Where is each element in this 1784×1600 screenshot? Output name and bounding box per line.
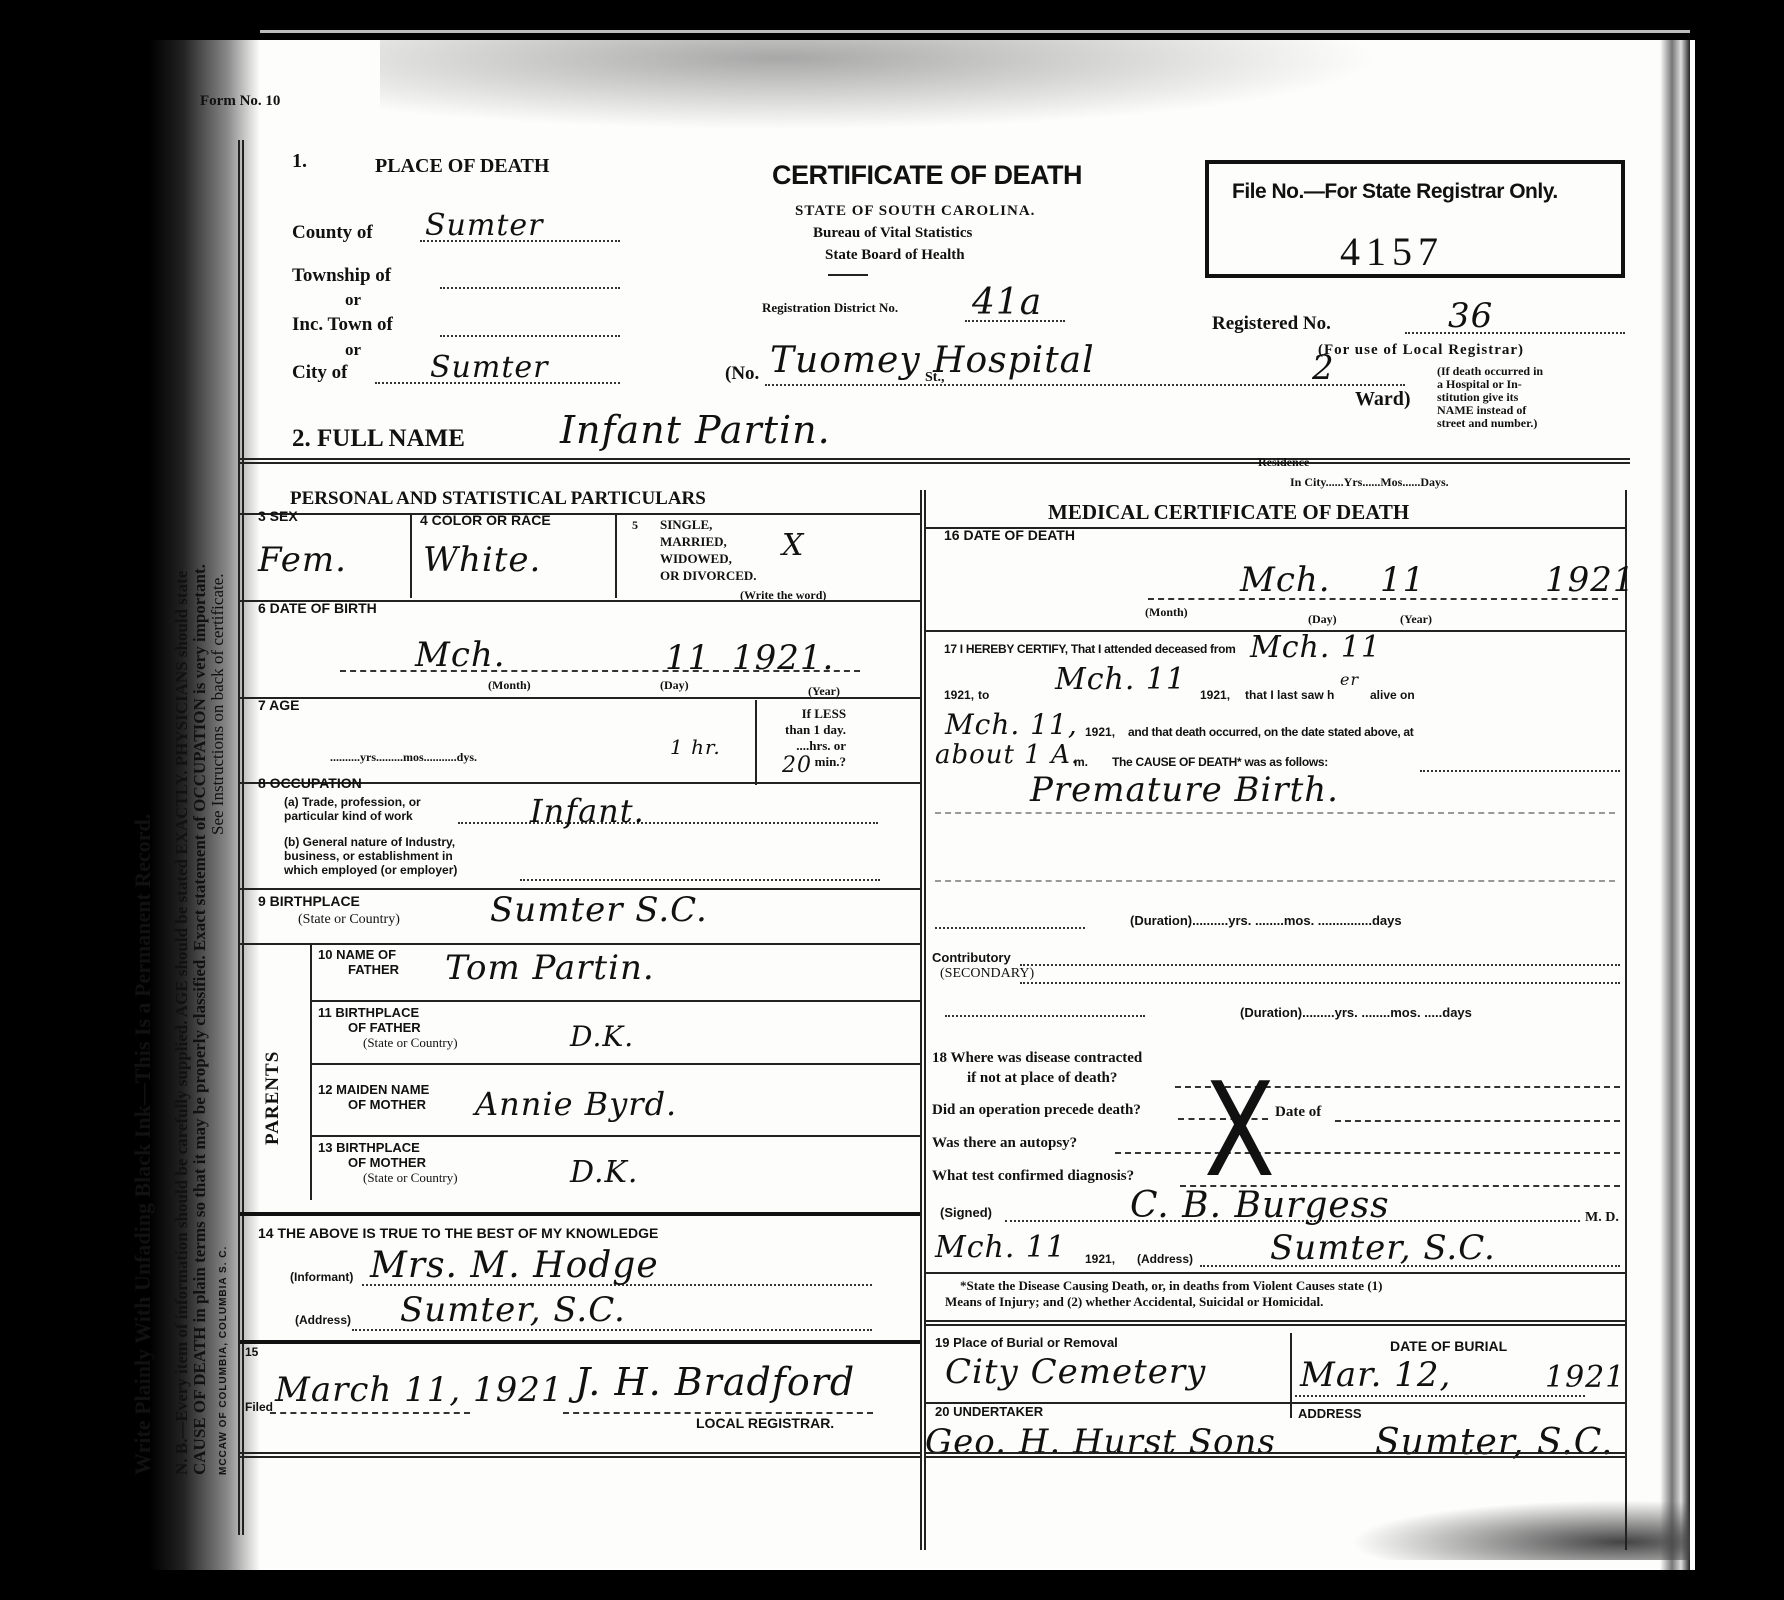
- dob-month-caption: (Month): [488, 678, 531, 693]
- marital-option: MARRIED,: [660, 533, 757, 550]
- inc-town-label: Inc. Town of: [292, 314, 393, 336]
- marital-number: 5: [632, 518, 638, 533]
- label-line: if not at place of death?: [932, 1068, 1142, 1088]
- age-note-line: If LESS: [785, 706, 846, 722]
- place-of-death-heading: PLACE OF DEATH: [375, 155, 549, 178]
- autopsy-field-line[interactable]: [1115, 1152, 1620, 1154]
- sex-label: 3 SEX: [258, 508, 298, 524]
- md-label: M. D.: [1585, 1210, 1619, 1226]
- occupation-b-line: which employed (or employer): [284, 863, 457, 877]
- row-rule-parents: [240, 943, 920, 945]
- scan-smudge: [380, 40, 1380, 130]
- place-of-death-number: 1.: [292, 150, 307, 173]
- street-label: St.,: [925, 370, 944, 386]
- dod-day-caption: (Day): [1308, 612, 1337, 627]
- side-note-line-2: CAUSE OF DEATH in plain terms so that it…: [191, 564, 209, 1475]
- father-birthplace-label: 11 BIRTHPLACE OF FATHER (State or Countr…: [318, 1005, 458, 1050]
- left-border: [238, 140, 244, 1535]
- marital-value[interactable]: X: [782, 528, 804, 563]
- date-of-death-label: 16 DATE OF DEATH: [944, 527, 1075, 543]
- cause-footnote: *State the Disease Causing Death, or, in…: [960, 1278, 1383, 1310]
- filed-number: 15: [245, 1345, 258, 1359]
- row-rule-mother-birthplace: [310, 1135, 920, 1137]
- duration-2-lead-line: [945, 1013, 1145, 1017]
- contributory-field-line-2[interactable]: [1020, 980, 1620, 984]
- certificate-title: CERTIFICATE OF DEATH: [772, 160, 1082, 191]
- occupation-a-label: (a) Trade, profession, or particular kin…: [284, 795, 421, 823]
- dob-year[interactable]: 1921.: [732, 638, 834, 678]
- father-name-label: 10 NAME OF FATHER: [318, 947, 399, 977]
- footnote-line: Means of Injury; and (2) whether Acciden…: [945, 1294, 1383, 1310]
- time-of-death-value[interactable]: about 1 A.: [935, 740, 1080, 770]
- city-value[interactable]: Sumter: [430, 350, 548, 385]
- birthplace-sub-label: (State or Country): [298, 912, 400, 928]
- county-label: County of: [292, 222, 373, 244]
- registration-district-label: Registration District No.: [762, 300, 898, 316]
- informant-heading: 14 THE ABOVE IS TRUE TO THE BEST OF MY K…: [258, 1225, 658, 1241]
- printer-imprint: McCaw of Columbia, Columbia S. C.: [218, 1246, 229, 1475]
- age-label: 7 AGE: [258, 697, 300, 713]
- age-note-line: ....hrs. or: [785, 738, 846, 754]
- signed-label: (Signed): [940, 1205, 992, 1220]
- scan-smudge-bottom: [1350, 1500, 1690, 1560]
- bottom-rule-right: [925, 1452, 1625, 1458]
- informant-value[interactable]: Mrs. M. Hodge: [370, 1245, 659, 1286]
- certify-text: 17 I HEREBY CERTIFY, That I attended dec…: [944, 642, 1236, 656]
- birthplace-value[interactable]: Sumter S.C.: [490, 890, 708, 930]
- label-line: 11 BIRTHPLACE: [318, 1005, 458, 1020]
- occupation-b-field-line[interactable]: [520, 877, 880, 881]
- physician-signature[interactable]: C. B. Burgess: [1130, 1185, 1390, 1226]
- last-saw-value[interactable]: er: [1340, 670, 1359, 689]
- not-applicable-x-mark: X: [1204, 1065, 1275, 1195]
- mother-birthplace-value[interactable]: D.K.: [570, 1155, 638, 1190]
- filed-label: Filed: [245, 1400, 273, 1414]
- occupation-b-line: business, or establishment in: [284, 849, 457, 863]
- row-rule-informant: [240, 1212, 920, 1216]
- dod-month[interactable]: Mch.: [1240, 560, 1331, 600]
- last-alive-year: 1921,: [1085, 725, 1115, 739]
- signature-date[interactable]: Mch. 11: [935, 1230, 1066, 1265]
- race-label: 4 COLOR OR RACE: [420, 512, 551, 528]
- hospital-note: (If death occurred in a Hospital or In- …: [1437, 365, 1543, 430]
- test-label: What test confirmed diagnosis?: [932, 1168, 1134, 1185]
- attended-from-year: 1921,: [944, 688, 974, 702]
- sex-value[interactable]: Fem.: [258, 540, 347, 580]
- inc-town-field-line[interactable]: [440, 333, 620, 337]
- ward-label: Ward): [1355, 388, 1411, 411]
- registered-field-line: [1405, 330, 1625, 334]
- personal-heading-rule: [240, 513, 920, 515]
- occupation-b-label: (b) General nature of Industry, business…: [284, 835, 457, 877]
- last-alive-date[interactable]: Mch. 11,: [945, 708, 1078, 741]
- side-note-line-1: N. B.—Every item of information should b…: [173, 564, 191, 1475]
- residence-line: In City......Yrs......Mos......Days.: [1290, 475, 1449, 490]
- duration-1-lead-line: [935, 925, 1085, 929]
- medical-certificate-heading: MEDICAL CERTIFICATE OF DEATH: [1048, 500, 1409, 525]
- bureau-name: Bureau of Vital Statistics: [813, 225, 972, 242]
- alive-text: alive on: [1370, 688, 1415, 702]
- informant-address-label: (Address): [295, 1313, 351, 1327]
- label-line: 18 Where was disease contracted: [932, 1048, 1142, 1068]
- row-rule-mother-name: [310, 1063, 920, 1065]
- dob-day-caption: (Day): [660, 678, 689, 693]
- personal-particulars-heading: PERSONAL AND STATISTICAL PARTICULARS: [290, 488, 706, 510]
- label-line: (State or Country): [318, 1170, 458, 1185]
- father-birthplace-value[interactable]: D.K.: [570, 1020, 634, 1053]
- center-divider: [920, 490, 926, 1550]
- burial-date-label: DATE OF BURIAL: [1390, 1338, 1507, 1354]
- city-label: City of: [292, 362, 347, 384]
- operation-label: Did an operation precede death?: [932, 1102, 1141, 1119]
- autopsy-label: Was there an autopsy?: [932, 1135, 1077, 1152]
- q18-label: 18 Where was disease contracted if not a…: [932, 1048, 1142, 1088]
- race-value[interactable]: White.: [423, 540, 541, 580]
- physician-address-label: (Address): [1137, 1252, 1193, 1266]
- label-line: 12 MAIDEN NAME: [318, 1082, 429, 1097]
- side-note-write-plainly: Write Plainly With Unfading Black Ink—Th…: [130, 814, 156, 1475]
- title-rule: [828, 274, 868, 276]
- or-label-2: or: [345, 340, 361, 360]
- cause-field-line-3[interactable]: [935, 880, 1615, 882]
- burial-place-label: 19 Place of Burial or Removal: [935, 1335, 1118, 1350]
- filed-date-line: [270, 1412, 470, 1414]
- street-no-label: (No.: [725, 363, 759, 385]
- operation-date-field-line[interactable]: [1335, 1120, 1620, 1122]
- parents-divider: [310, 943, 312, 1200]
- dob-label: 6 DATE OF BIRTH: [258, 600, 377, 616]
- bottom-rule-left: [240, 1452, 920, 1458]
- dod-day[interactable]: 11: [1380, 560, 1425, 600]
- row-rule-age: [240, 697, 920, 699]
- parents-label: PARENTS: [262, 1051, 284, 1145]
- contributory-label: Contributory: [932, 950, 1011, 965]
- sex-race-divider: [410, 513, 412, 598]
- marital-option: OR DIVORCED.: [660, 567, 757, 584]
- duration-2: (Duration).........yrs. ........mos. ...…: [1240, 1005, 1472, 1020]
- county-value[interactable]: Sumter: [425, 208, 543, 243]
- occupation-b-line: (b) General nature of Industry,: [284, 835, 457, 849]
- marital-option: WIDOWED,: [660, 550, 757, 567]
- registrar-signature-line: [563, 1412, 873, 1414]
- township-label: Township of: [292, 265, 391, 287]
- marital-option: SINGLE,: [660, 516, 757, 533]
- dob-day[interactable]: 11: [665, 638, 710, 678]
- signature-year: 1921,: [1085, 1252, 1115, 1266]
- local-registrar-note: (For use of Local Registrar): [1318, 342, 1524, 359]
- registered-no-label: Registered No.: [1212, 313, 1331, 335]
- label-line: FATHER: [318, 962, 399, 977]
- dod-year-caption: (Year): [1400, 612, 1432, 627]
- row-rule-father-birthplace: [310, 1000, 920, 1002]
- attended-to-value[interactable]: Mch. 11: [1055, 662, 1186, 697]
- burial-divider: [1290, 1333, 1292, 1418]
- dob-month[interactable]: Mch.: [415, 635, 506, 675]
- registrar-label: LOCAL REGISTRAR.: [696, 1415, 834, 1431]
- m-text: m.: [1074, 755, 1088, 769]
- burial-date-value[interactable]: Mar. 12,: [1300, 1355, 1451, 1395]
- file-number-label: File No.—For State Registrar Only.: [1232, 180, 1558, 204]
- file-number-value: 4157: [1340, 228, 1444, 275]
- mother-birthplace-label: 13 BIRTHPLACE OF MOTHER (State or Countr…: [318, 1140, 458, 1185]
- institution-field-line: [765, 382, 1405, 386]
- form-number: Form No. 10: [200, 93, 280, 110]
- physician-address-value[interactable]: Sumter, S.C.: [1270, 1228, 1496, 1268]
- age-less-divider: [755, 700, 757, 785]
- dod-year[interactable]: 1921: [1545, 560, 1636, 600]
- attended-from-value[interactable]: Mch. 11: [1250, 630, 1381, 665]
- label-line: OF MOTHER: [318, 1097, 429, 1112]
- residence-label: Residence: [1258, 455, 1309, 470]
- burial-date-year[interactable]: 1921: [1545, 1360, 1625, 1395]
- occupation-a-line: particular kind of work: [284, 809, 421, 823]
- divider-top: [240, 458, 1630, 464]
- age-hours-value[interactable]: 1 hr.: [670, 735, 721, 759]
- last-saw-text: that I last saw h: [1245, 688, 1334, 702]
- label-line: (State or Country): [318, 1035, 458, 1050]
- informant-label: (Informant): [290, 1270, 353, 1284]
- occupation-value[interactable]: Infant.: [530, 792, 645, 830]
- birthplace-label: 9 BIRTHPLACE: [258, 893, 360, 909]
- label-line: 13 BIRTHPLACE: [318, 1140, 458, 1155]
- mother-name-value[interactable]: Annie Byrd.: [475, 1085, 677, 1123]
- undertaker-label: 20 UNDERTAKER: [935, 1404, 1043, 1419]
- attended-to-year: 1921,: [1200, 688, 1230, 702]
- burial-place-value[interactable]: City Cemetery: [945, 1352, 1206, 1392]
- label-line: 10 NAME OF: [318, 947, 399, 962]
- row-rule-filed: [240, 1340, 920, 1344]
- informant-address-value[interactable]: Sumter, S.C.: [400, 1290, 626, 1330]
- marital-options: SINGLE, MARRIED, WIDOWED, OR DIVORCED.: [660, 516, 757, 584]
- dod-month-caption: (Month): [1145, 605, 1188, 620]
- registered-no-value[interactable]: 36: [1448, 296, 1493, 336]
- state-name: STATE OF SOUTH CAROLINA.: [795, 203, 1035, 220]
- occurred-text: and that death occurred, on the date sta…: [1128, 725, 1414, 739]
- or-label-1: or: [345, 290, 361, 310]
- occupation-label: 8 OCCUPATION: [258, 775, 362, 791]
- label-line: OF FATHER: [318, 1020, 458, 1035]
- race-marital-divider: [615, 513, 617, 598]
- full-name-value[interactable]: Infant Partin.: [560, 408, 831, 452]
- filed-date-value[interactable]: March 11, 1921: [275, 1370, 564, 1410]
- township-field-line[interactable]: [440, 285, 620, 289]
- board-name: State Board of Health: [825, 247, 965, 264]
- burial-rule: [925, 1320, 1625, 1326]
- footnote-line: *State the Disease Causing Death, or, in…: [960, 1278, 1383, 1294]
- contributory-field-line[interactable]: [1020, 962, 1620, 966]
- age-min-value[interactable]: 20: [782, 753, 812, 778]
- registration-district-value[interactable]: 41a: [972, 282, 1042, 323]
- father-name-value[interactable]: Tom Partin.: [445, 948, 655, 988]
- duration-1: (Duration)..........yrs. ........mos. ..…: [1130, 913, 1402, 928]
- label-line: OF MOTHER: [318, 1155, 458, 1170]
- age-line: ..........yrs.........mos...........dys.: [330, 750, 477, 765]
- hospital-note-line: street and number.): [1437, 417, 1543, 430]
- cause-of-death-label: The CAUSE OF DEATH* was as follows:: [1112, 755, 1328, 769]
- full-name-label: 2. FULL NAME: [292, 425, 465, 453]
- mother-name-label: 12 MAIDEN NAME OF MOTHER: [318, 1082, 429, 1112]
- registrar-signature[interactable]: J. H. Bradford: [575, 1360, 855, 1404]
- cause-of-death-value[interactable]: Premature Birth.: [1030, 770, 1339, 810]
- footnote-rule: [925, 1272, 1625, 1274]
- page-edge-right: [1660, 40, 1690, 1570]
- occupation-a-field-line: [458, 820, 878, 824]
- undertaker-address-label: ADDRESS: [1298, 1406, 1362, 1421]
- cause-field-line: [1420, 768, 1620, 772]
- cause-field-line-2[interactable]: [935, 812, 1615, 814]
- date-of-label: Date of: [1275, 1104, 1321, 1121]
- to-label: to: [978, 688, 989, 702]
- age-note-line: than 1 day.: [785, 722, 846, 738]
- occupation-a-line: (a) Trade, profession, or: [284, 795, 421, 809]
